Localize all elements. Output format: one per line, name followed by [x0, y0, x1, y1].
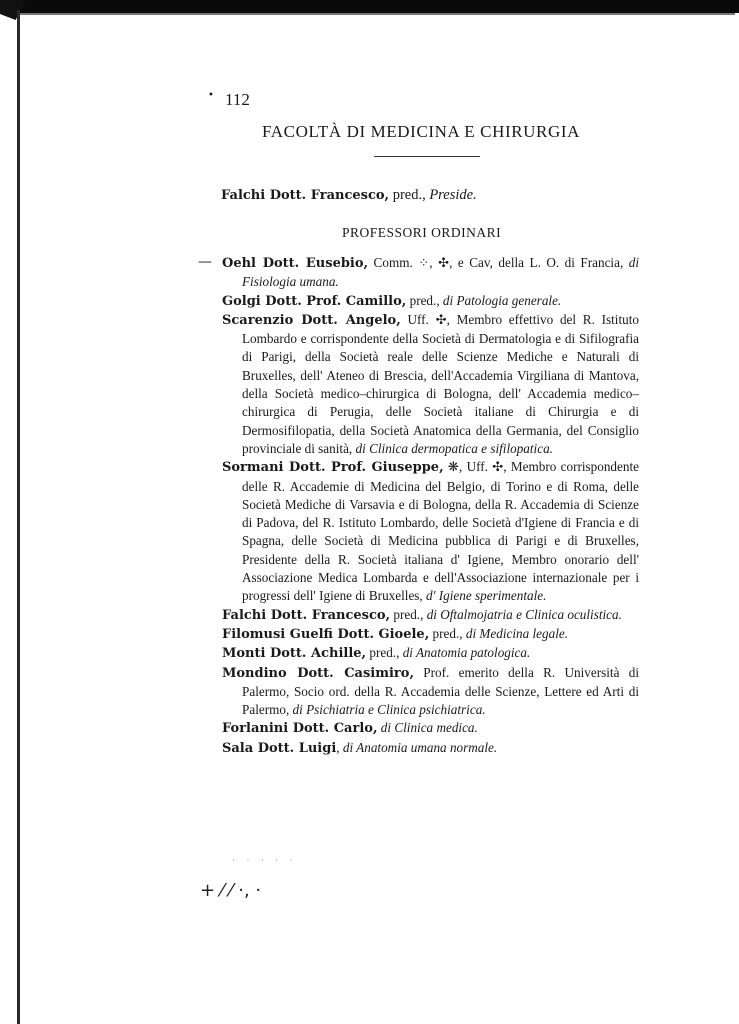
- entry-subject: di Psichiatria e Clinica psichiatrica.: [293, 702, 486, 717]
- entry-subject: di Anatomia umana normale.: [343, 740, 497, 755]
- entry-subject: di Oftalmojatria e Clinica oculistica.: [427, 607, 622, 622]
- list-item: Forlanini Dott. Carlo, di Clinica medica…: [222, 719, 639, 738]
- entry-name: Scarenzio Dott. Angelo,: [222, 313, 401, 328]
- professor-list: Oehl Dott. Eusebio, Comm. ⁘, ✣, e Cav, d…: [222, 254, 639, 758]
- entry-name: Oehl Dott. Eusebio,: [222, 256, 368, 271]
- entry-name: Golgi Dott. Prof. Camillo,: [222, 294, 406, 309]
- stray-dot: •: [208, 90, 214, 101]
- handwritten-marks: + ⁄ ⁄ ·, ·: [200, 880, 261, 901]
- list-item: Sala Dott. Luigi, di Anatomia umana norm…: [222, 739, 639, 758]
- entry-name: Mondino Dott. Casimiro,: [222, 666, 414, 681]
- list-item: Sormani Dott. Prof. Giuseppe, ❋, Uff. ✣,…: [222, 458, 639, 605]
- entry-name: Sala Dott. Luigi: [222, 741, 336, 756]
- preside-name: Falchi Dott. Francesco,: [221, 188, 389, 203]
- scan-top-border: [0, 0, 739, 13]
- entry-text: ❋, Uff. ✣, Membro corrispondente delle R…: [242, 459, 639, 603]
- section-heading: PROFESSORI ORDINARI: [342, 225, 501, 241]
- list-item: Monti Dott. Achille, pred., di Anatomia …: [222, 644, 639, 663]
- preside-role: Preside.: [429, 187, 476, 203]
- entry-name: Monti Dott. Achille,: [222, 646, 366, 661]
- entry-text: pred.,: [366, 645, 403, 660]
- page-left-edge: [17, 10, 20, 1024]
- list-item: Filomusi Guelfi Dott. Gioele, pred., di …: [222, 625, 639, 644]
- entry-text: pred.,: [390, 607, 427, 622]
- margin-pencil-mark: —: [198, 254, 212, 270]
- entry-subject: di Clinica dermopatica e sifilopatica.: [356, 441, 553, 456]
- entry-text: Comm. ⁘, ✣, e Cav, della L. O. di Franci…: [368, 255, 629, 270]
- entry-text: Uff. ✣, Membro effettivo del R. Istituto…: [242, 312, 639, 456]
- list-item: Falchi Dott. Francesco, pred., di Oftalm…: [222, 606, 639, 625]
- page-top-edge: [20, 13, 735, 15]
- entry-subject: di Anatomia patologica.: [403, 645, 531, 660]
- entry-name: Forlanini Dott. Carlo,: [222, 721, 377, 736]
- preside-rest: pred.,: [389, 187, 429, 203]
- faint-pencil-marks: · · · · ·: [232, 856, 297, 867]
- entry-subject: d' Igiene sperimentale.: [426, 588, 546, 603]
- entry-subject: di Patologia generale.: [443, 293, 561, 308]
- preside-line: Falchi Dott. Francesco, pred., Preside.: [221, 187, 477, 204]
- entry-subject: di Medicina legale.: [466, 626, 568, 641]
- entry-name: Filomusi Guelfi Dott. Gioele,: [222, 627, 429, 642]
- entry-text: pred.,: [429, 626, 466, 641]
- entry-name: Falchi Dott. Francesco,: [222, 608, 390, 623]
- list-item: Golgi Dott. Prof. Camillo, pred., di Pat…: [222, 292, 639, 311]
- page-title: FACOLTÀ DI MEDICINA E CHIRURGIA: [262, 122, 580, 142]
- entry-text: pred.,: [406, 293, 443, 308]
- list-item: Mondino Dott. Casimiro, Prof. emerito de…: [222, 664, 639, 720]
- entry-text: ,: [336, 740, 343, 755]
- list-item: Oehl Dott. Eusebio, Comm. ⁘, ✣, e Cav, d…: [222, 254, 639, 292]
- entry-subject: di Clinica medica.: [381, 720, 478, 735]
- title-divider: [374, 156, 480, 157]
- list-item: Scarenzio Dott. Angelo, Uff. ✣, Membro e…: [222, 311, 639, 458]
- entry-name: Sormani Dott. Prof. Giuseppe,: [222, 460, 444, 475]
- page-number: 112: [225, 90, 250, 110]
